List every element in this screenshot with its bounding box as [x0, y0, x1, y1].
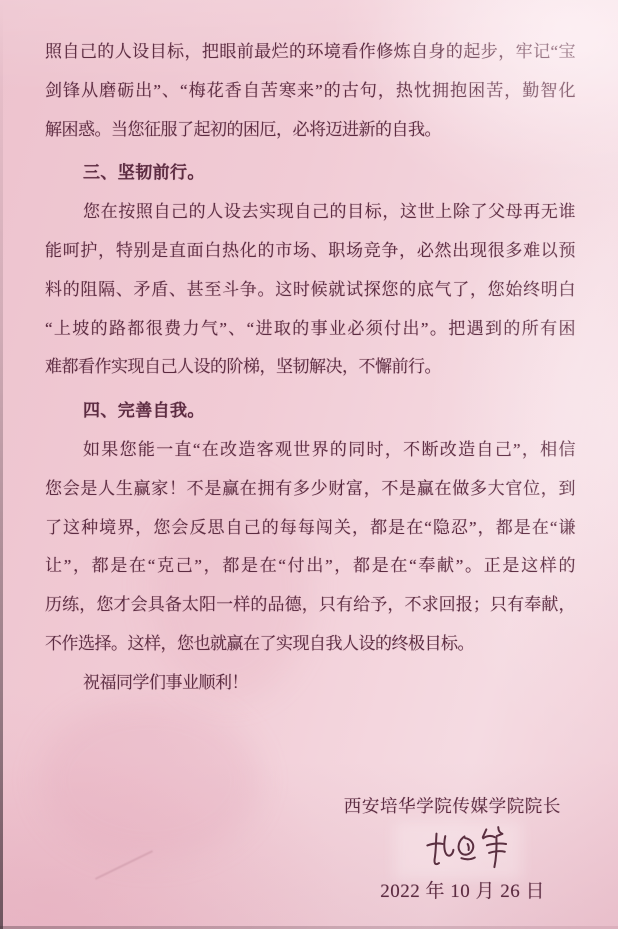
date-line: 2022 年 10 月 26 日	[344, 876, 545, 903]
paper-blotch	[40, 700, 260, 860]
signature-block: 西安培华学院传媒学院院长 2022 年 10 月 26 日	[344, 793, 561, 903]
text-line: 您会是人生赢家！不是赢在拥有多少财富，不是赢在做多大官位，到	[45, 470, 575, 509]
text-line: 料的阻隔、矛盾、甚至斗争。这时候就试探您的底气了，您始终明白	[45, 271, 575, 310]
handwritten-signature-icon	[408, 823, 518, 875]
letter-body: 照自己的人设目标，把眼前最烂的环境看作修炼自身的起步，牢记“宝剑锋从磨砺出”、“…	[45, 33, 575, 703]
letter-page: 照自己的人设目标，把眼前最烂的环境看作修炼自身的起步，牢记“宝剑锋从磨砺出”、“…	[0, 0, 618, 929]
text-line: 了这种境界，您会反思自己的每每闯关，都是在“隐忍”，都是在“谦	[45, 509, 575, 548]
section-heading: 四、完善自我。	[45, 392, 575, 431]
text-line: “上坡的路都很费力气”、“进取的事业必须付出”。把遇到的所有困	[45, 310, 575, 349]
text-line: 历练，您才会具备太阳一样的品德，只有给予，不求回报；只有奉献，	[45, 586, 575, 625]
paper-left-edge	[0, 0, 3, 929]
section-heading: 三、坚韧前行。	[45, 154, 575, 193]
text-line: 剑锋从磨砺出”、“梅花香自苦寒来”的古句，热忱拥抱困苦，勤智化	[45, 72, 575, 111]
signer-title: 西安培华学院传媒学院院长	[344, 793, 561, 819]
text-line: 祝福同学们事业顺利！	[45, 664, 575, 703]
text-line: 不作选择。这样，您也就赢在了实现自我人设的终极目标。	[45, 625, 575, 664]
text-line: 难都看作实现自己人设的阶梯，坚韧解决，不懈前行。	[45, 348, 575, 387]
text-line: 让”，都是在“克己”，都是在“付出”，都是在“奉献”。正是这样的	[45, 547, 575, 586]
text-line: 您在按照自己的人设去实现自己的目标，这世上除了父母再无谁	[45, 193, 575, 232]
text-line: 如果您能一直“在改造客观世界的同时，不断改造自己”，相信	[45, 431, 575, 470]
text-line: 解困惑。当您征服了起初的困厄，必将迈进新的自我。	[45, 111, 575, 150]
text-line: 照自己的人设目标，把眼前最烂的环境看作修炼自身的起步，牢记“宝	[45, 33, 575, 72]
paper-crease	[95, 850, 153, 880]
text-line: 能呵护，特别是直面白热化的市场、职场竞争，必然出现很多难以预	[45, 232, 575, 271]
